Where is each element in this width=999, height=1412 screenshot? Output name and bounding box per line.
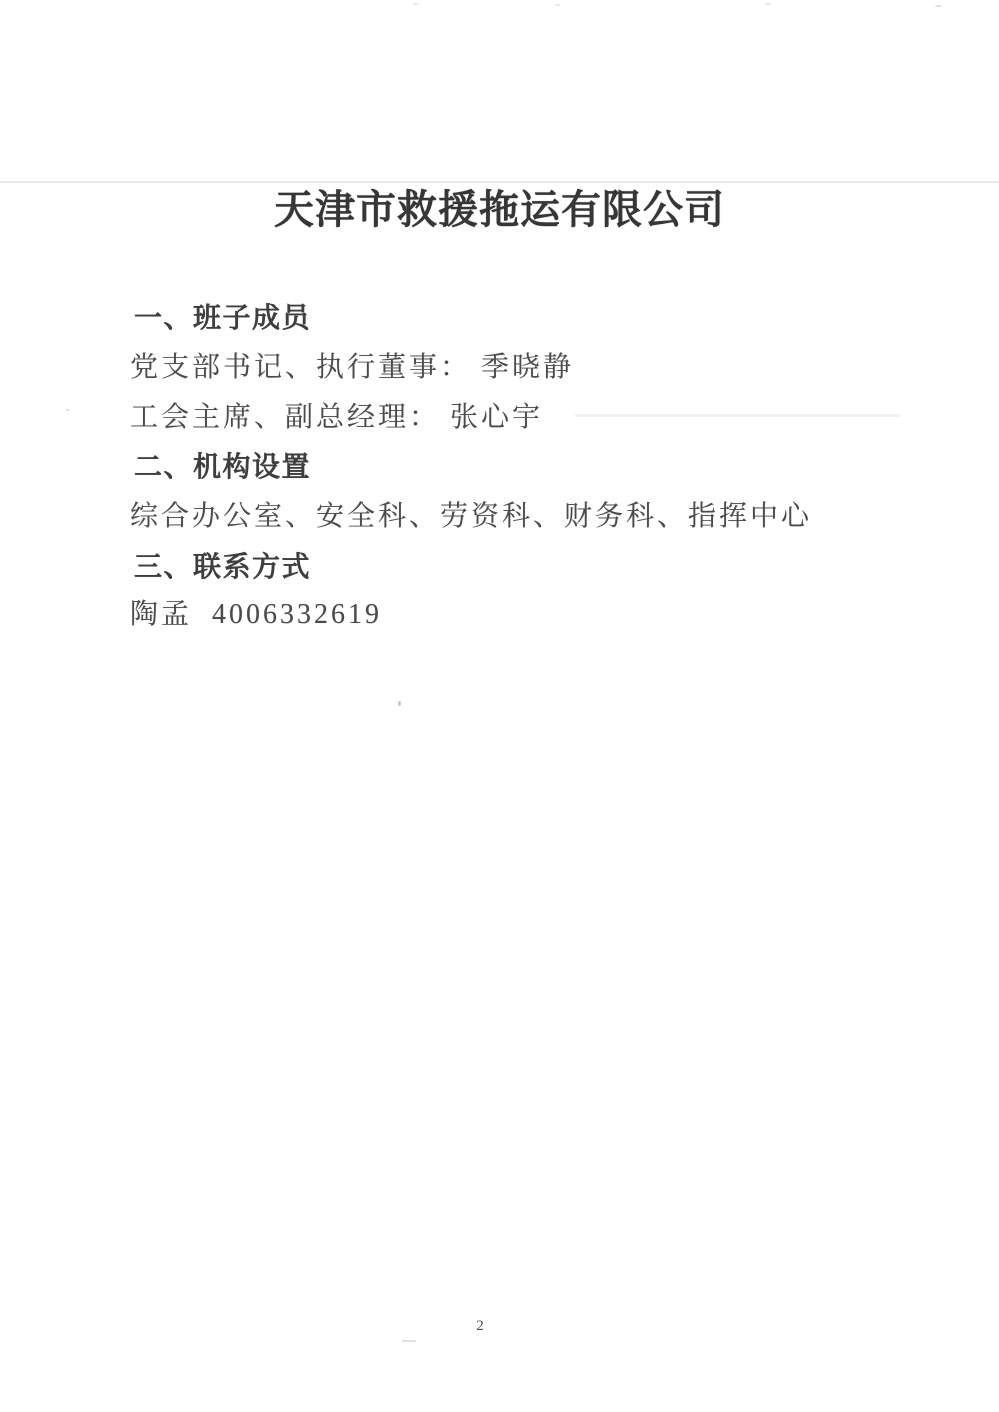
scan-artifact-speck xyxy=(398,701,401,706)
section-heading-leadership: 一、班子成员 xyxy=(134,302,311,334)
scan-artifact-line xyxy=(0,181,999,183)
scanned-document-page: 天津市救援拖运有限公司 一、班子成员 党支部书记、执行董事： 季晓静 工会主席、… xyxy=(0,0,999,1412)
section-heading-organization: 二、机构设置 xyxy=(134,451,311,483)
contact-info-line: 陶孟 4006332619 xyxy=(130,599,382,631)
leadership-line-party-secretary: 党支部书记、执行董事： 季晓静 xyxy=(130,352,574,384)
scan-artifact-speck xyxy=(413,3,418,5)
scan-artifact-speck xyxy=(555,4,560,6)
scan-artifact-streak xyxy=(575,414,900,417)
organization-departments-line: 综合办公室、安全科、劳资科、财务科、指挥中心 xyxy=(130,501,812,533)
document-title: 天津市救援拖运有限公司 xyxy=(0,186,999,234)
page-number: 2 xyxy=(470,1318,490,1335)
scan-artifact-speck xyxy=(66,409,69,411)
scan-artifact-dash xyxy=(402,1340,416,1342)
scan-artifact-speck xyxy=(935,5,942,7)
leadership-line-union-chairman: 工会主席、副总经理： 张心宇 xyxy=(130,402,543,434)
section-heading-contact: 三、联系方式 xyxy=(134,551,311,583)
scan-artifact-speck xyxy=(765,3,771,5)
